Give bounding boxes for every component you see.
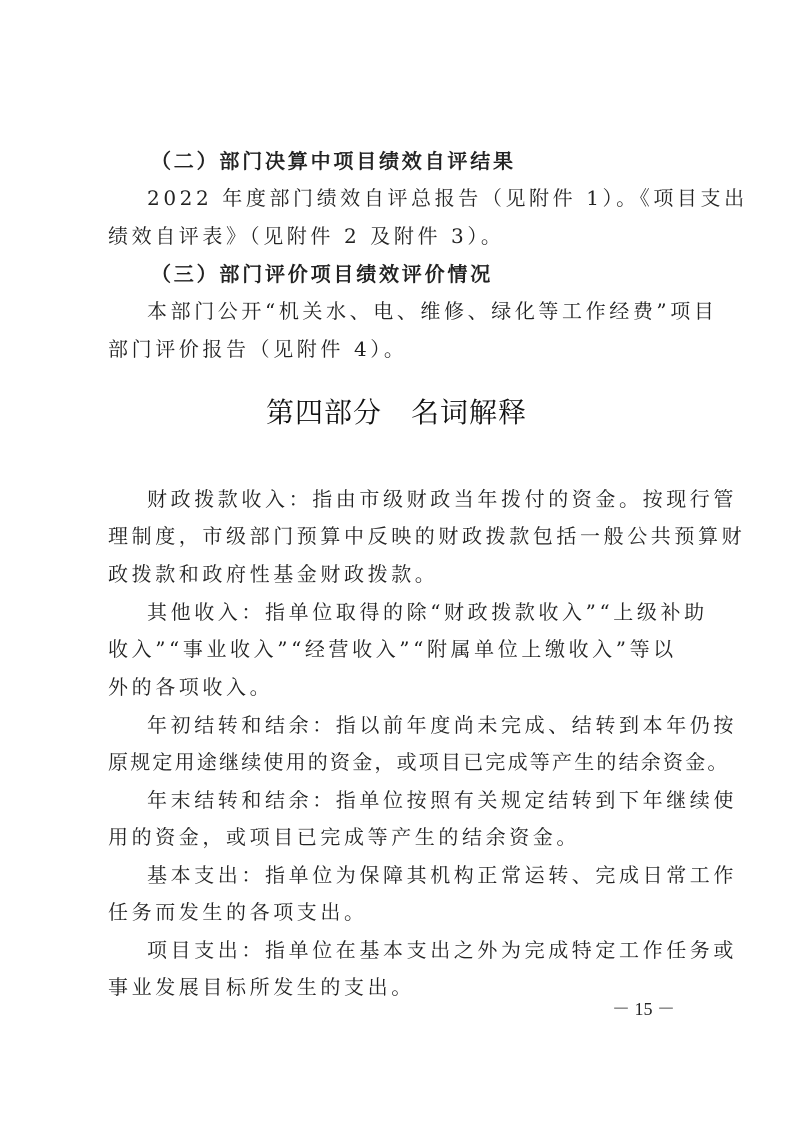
definition-line: 财政拨款收入：指由市级财政当年拨付的资金。按现行管 [147, 484, 737, 514]
paragraph-line: 2022 年度部门绩效自评总报告（见附件 1）。《项目支出 [147, 183, 748, 213]
paragraph-line: 部门评价报告（见附件 4）。 [108, 334, 407, 364]
definition-line: 原规定用途继续使用的资金，或项目已完成等产生的结余资金。 [108, 747, 730, 777]
section-heading-3: （三）部门评价项目绩效评价情况 [151, 259, 493, 289]
definition-line: 其他收入：指单位取得的除“财政拨款收入”“上级补助 [147, 597, 708, 627]
definition-line: 任务而发生的各项支出。 [108, 897, 368, 927]
definition-line: 政拨款和政府性基金财政拨款。 [108, 559, 438, 589]
definition-line: 年末结转和结余：指单位按照有关规定结转到下年继续使 [147, 785, 737, 815]
definition-line: 用的资金，或项目已完成等产生的结余资金。 [108, 822, 580, 852]
definition-line: 收入”“事业收入”“经营收入”“附属单位上缴收入”等以 [108, 634, 677, 664]
paragraph-line: 绩效自评表》（见附件 2 及附件 3）。 [108, 221, 505, 251]
definition-line: 项目支出：指单位在基本支出之外为完成特定工作任务或 [147, 935, 737, 965]
definition-line: 外的各项收入。 [108, 672, 273, 702]
definition-line: 事业发展目标所发生的支出。 [108, 972, 415, 1002]
definition-line: 年初结转和结余：指以前年度尚未完成、结转到本年仍按 [147, 710, 737, 740]
definition-line: 基本支出：指单位为保障其机构正常运转、完成日常工作 [147, 860, 737, 890]
definition-line: 理制度，市级部门预算中反映的财政拨款包括一般公共预算财 [108, 521, 745, 551]
section-heading-2: （二）部门决算中项目绩效自评结果 [151, 146, 516, 176]
part-title: 第四部分 名词解释 [0, 393, 793, 433]
paragraph-line: 本部门公开“机关水、电、维修、绿化等工作经费”项目 [147, 296, 717, 326]
page-number: － 15 － [612, 995, 675, 1021]
